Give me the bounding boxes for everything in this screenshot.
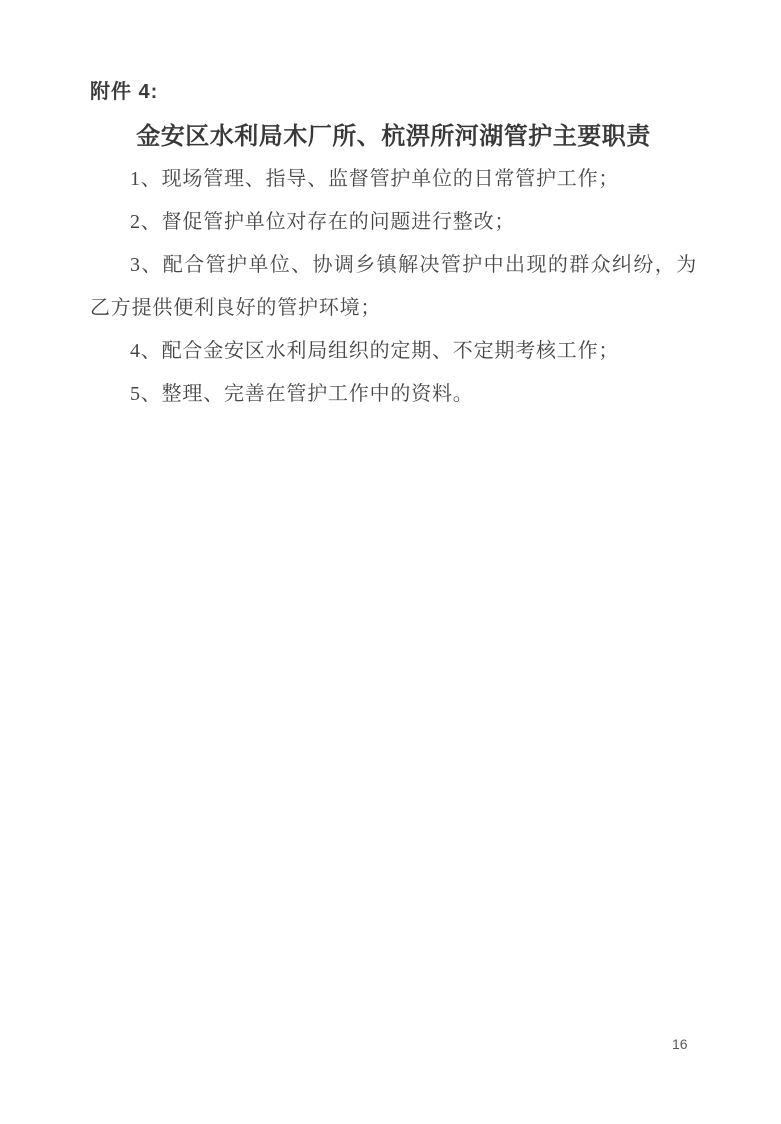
duty-item-5: 5、整理、完善在管护工作中的资料。 bbox=[90, 373, 697, 416]
attachment-label: 附件 4: bbox=[90, 78, 697, 106]
duty-item-2: 2、督促管护单位对存在的问题进行整改； bbox=[90, 201, 697, 244]
duty-item-3: 3、配合管护单位、协调乡镇解决管护中出现的群众纠纷，为乙方提供便利良好的管护环境… bbox=[90, 244, 697, 330]
duty-item-4: 4、配合金安区水利局组织的定期、不定期考核工作； bbox=[90, 330, 697, 373]
document-page: 附件 4: 金安区水利局木厂所、杭淠所河湖管护主要职责 1、现场管理、指导、监督… bbox=[0, 0, 781, 1124]
document-title: 金安区水利局木厂所、杭淠所河湖管护主要职责 bbox=[90, 120, 697, 154]
page-number: 16 bbox=[672, 1036, 688, 1052]
document-content: 附件 4: 金安区水利局木厂所、杭淠所河湖管护主要职责 1、现场管理、指导、监督… bbox=[90, 78, 697, 416]
duties-list: 1、现场管理、指导、监督管护单位的日常管护工作； 2、督促管护单位对存在的问题进… bbox=[90, 158, 697, 416]
duty-item-1: 1、现场管理、指导、监督管护单位的日常管护工作； bbox=[90, 158, 697, 201]
